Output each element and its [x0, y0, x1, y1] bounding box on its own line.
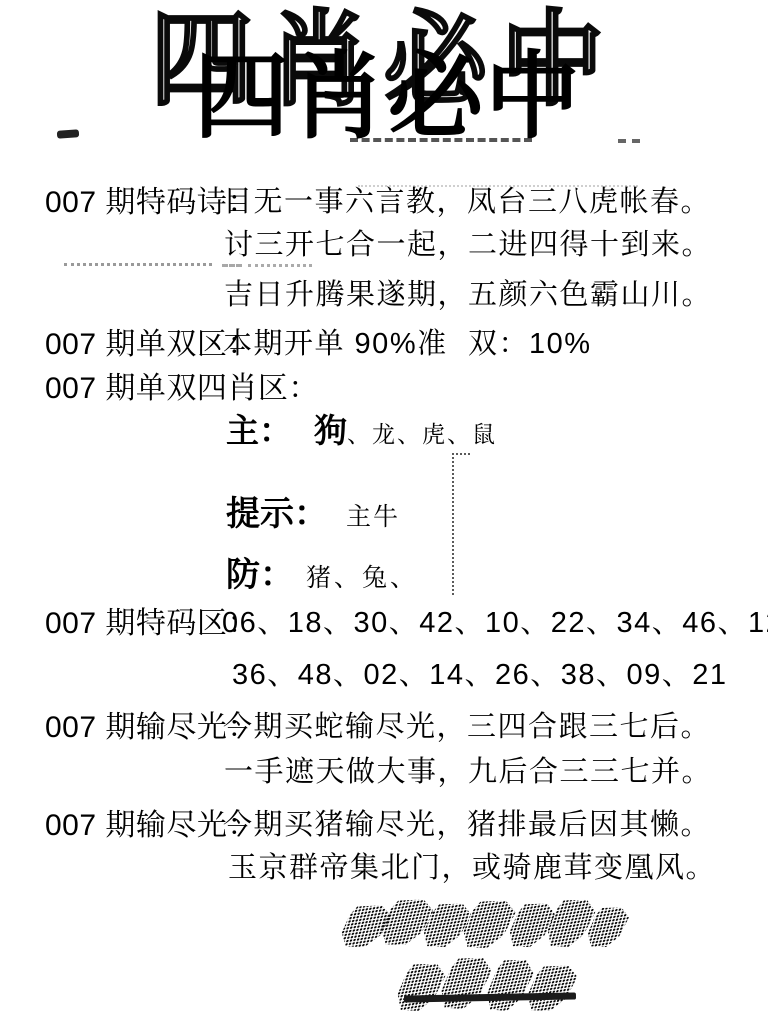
shujinguang-snake-line-1: 今期买蛇输尽光，三四合跟三七后。 — [223, 713, 711, 742]
watermark-blob — [435, 953, 497, 1013]
scan-noise-streak — [222, 264, 242, 267]
dotted-bracket-artifact — [452, 453, 470, 595]
special-numbers-line-1: 06、18、30、42、10、22、34、46、12、24、 — [222, 609, 768, 638]
poem-line-3: 吉日升腾果遂期，五颜六色霸山川。 — [224, 281, 712, 310]
scan-noise-streak — [248, 264, 312, 267]
scan-noise-dashes — [618, 139, 640, 143]
shujinguang-pig-line-2: 玉京群帝集北门，或骑鹿茸变凰风。 — [228, 854, 716, 883]
four-zodiac-label: 007 期单双四肖区： — [45, 374, 319, 404]
watermark-stamp-row-1 — [344, 896, 614, 952]
hint-value: 主牛 — [346, 503, 400, 531]
guard-label: 防： — [226, 556, 294, 594]
guard-value: 猪、兔、 — [306, 564, 418, 592]
special-numbers-line-2: 36、48、02、14、26、38、09、21 — [232, 661, 728, 690]
scan-noise-mark — [57, 129, 80, 139]
watermark-blob — [392, 959, 451, 1015]
hint-row: 提示：主牛 — [226, 497, 400, 531]
main-zodiac-label: 主： — [226, 412, 292, 449]
guard-row: 防：猪、兔、 — [226, 558, 418, 592]
scan-noise-streak — [64, 263, 212, 266]
odd-even-value: 本期开单 90%准 — [223, 330, 448, 359]
watermark-blob — [458, 896, 521, 953]
shujinguang-pig-line-1: 今期买猪输尽光，猪排最后因其懒。 — [223, 811, 711, 840]
watermark-blob — [481, 955, 539, 1015]
poem-line-1: 目无一事六言教，凤台三八虎帐春。 — [223, 188, 711, 217]
shujinguang-snake-line-2: 一手遮天做大事，九后合三三七并。 — [224, 758, 712, 787]
hint-label: 提示： — [226, 495, 328, 533]
watermark-stamp-row-2 — [398, 952, 588, 1020]
main-zodiac-row: 主：狗、龙、虎、鼠 — [226, 414, 497, 447]
scanned-tip-sheet: 四肖必中 四肖必中 007 期特码诗： 目无一事六言教，凤台三八虎帐春。 讨三开… — [0, 0, 768, 1024]
main-zodiac-rest: 、龙、虎、鼠 — [347, 421, 497, 447]
odd-even-double-value: 双：10% — [468, 330, 592, 359]
main-zodiac-primary: 狗 — [314, 412, 347, 449]
page-title: 四肖必中 — [194, 50, 582, 145]
poem-line-2: 讨三开七合一起，二进四得十到来。 — [224, 231, 712, 260]
